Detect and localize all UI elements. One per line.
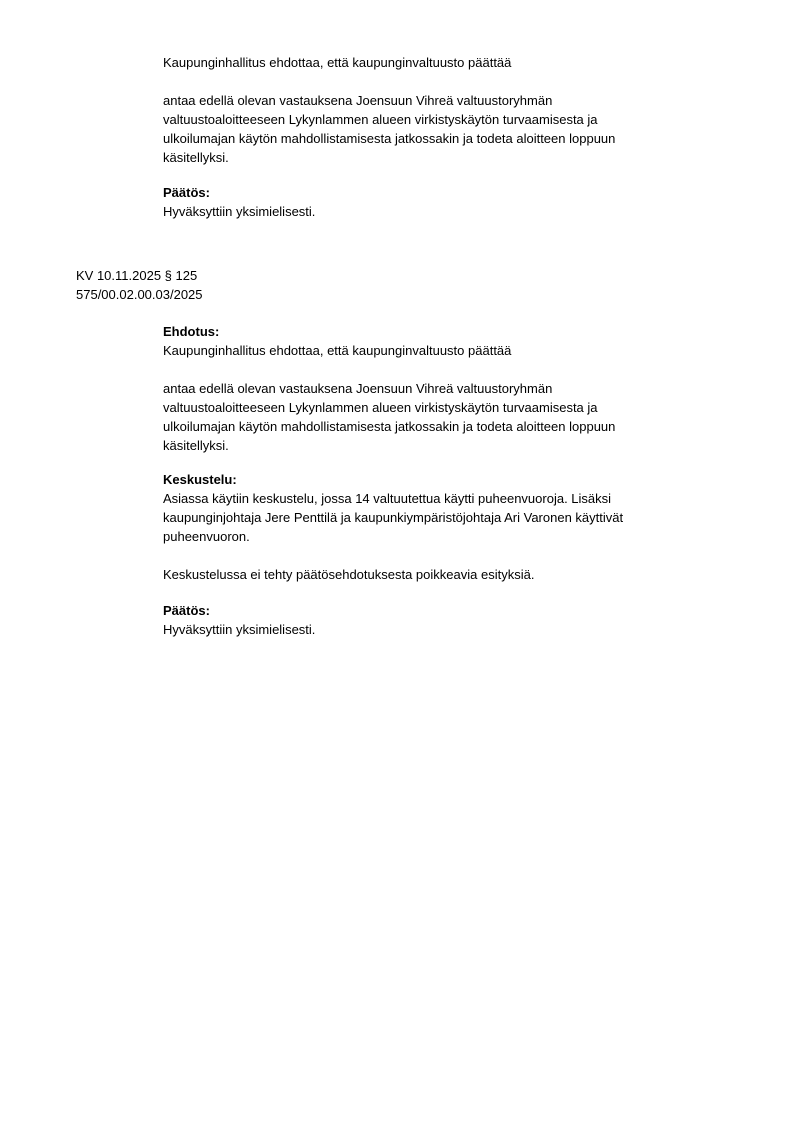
decision-heading: Päätös: bbox=[163, 183, 723, 202]
spacer bbox=[163, 360, 723, 379]
proposal-line: käsitellyksi. bbox=[163, 148, 723, 167]
proposal-line: ulkoilumajan käytön mahdollistamisesta j… bbox=[163, 129, 723, 148]
spacer bbox=[163, 546, 723, 565]
proposal-text: antaa edellä olevan vastauksena Joensuun… bbox=[163, 379, 723, 455]
meeting-reference: KV 10.11.2025 § 125 bbox=[76, 266, 376, 285]
proposal-intro: Kaupunginhallitus ehdottaa, että kaupung… bbox=[163, 53, 723, 72]
proposal-text: antaa edellä olevan vastauksena Joensuun… bbox=[163, 91, 723, 167]
proposal-intro: Kaupunginhallitus ehdottaa, että kaupung… bbox=[163, 341, 723, 360]
proposal-line: valtuustoaloitteeseen Lykynlammen alueen… bbox=[163, 110, 723, 129]
discussion-line: Asiassa käytiin keskustelu, jossa 14 val… bbox=[163, 489, 723, 508]
document-page: Kaupunginhallitus ehdottaa, että kaupung… bbox=[0, 0, 794, 1122]
proposal-heading: Ehdotus: bbox=[163, 322, 723, 341]
spacer bbox=[163, 584, 723, 601]
proposal-line: antaa edellä olevan vastauksena Joensuun… bbox=[163, 379, 723, 398]
discussion-text: Asiassa käytiin keskustelu, jossa 14 val… bbox=[163, 489, 723, 546]
discussion-note: Keskustelussa ei tehty päätösehdotuksest… bbox=[163, 565, 723, 584]
discussion-line: kaupunginjohtaja Jere Penttilä ja kaupun… bbox=[163, 508, 723, 527]
section-2: Ehdotus: Kaupunginhallitus ehdottaa, ett… bbox=[163, 322, 723, 639]
decision-text: Hyväksyttiin yksimielisesti. bbox=[163, 620, 723, 639]
decision-text: Hyväksyttiin yksimielisesti. bbox=[163, 202, 723, 221]
proposal-line: käsitellyksi. bbox=[163, 436, 723, 455]
spacer bbox=[163, 455, 723, 470]
proposal-line: antaa edellä olevan vastauksena Joensuun… bbox=[163, 91, 723, 110]
proposal-line: valtuustoaloitteeseen Lykynlammen alueen… bbox=[163, 398, 723, 417]
meeting-meta: KV 10.11.2025 § 125 575/00.02.00.03/2025 bbox=[76, 266, 376, 304]
section-1: Kaupunginhallitus ehdottaa, että kaupung… bbox=[163, 53, 723, 221]
case-number: 575/00.02.00.03/2025 bbox=[76, 285, 376, 304]
discussion-line: puheenvuoron. bbox=[163, 527, 723, 546]
proposal-line: ulkoilumajan käytön mahdollistamisesta j… bbox=[163, 417, 723, 436]
discussion-heading: Keskustelu: bbox=[163, 470, 723, 489]
spacer bbox=[163, 72, 723, 91]
spacer bbox=[163, 167, 723, 183]
decision-heading: Päätös: bbox=[163, 601, 723, 620]
